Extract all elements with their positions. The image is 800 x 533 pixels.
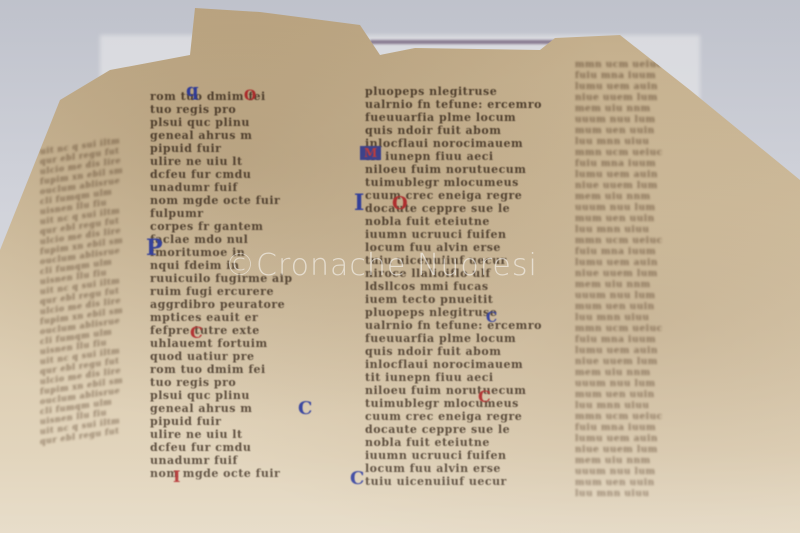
text-line: mem uiu nnm [575, 368, 695, 379]
text-line: ruim fugi ercurere [150, 285, 340, 298]
right-text-column: mmn ucm ueiuc fuiu mna iuum lumu uem aui… [575, 60, 695, 500]
initial-blue-i: I [354, 190, 364, 216]
text-line: mum uen uuin [575, 214, 695, 225]
text-column-2: pluopeps nlegitruse ualrnio fn tefune: e… [365, 85, 555, 495]
text-line: niloeu fuim norutuecum [365, 384, 555, 397]
text-line: locum fuu alvin erse [365, 462, 555, 475]
text-line: tuimublegr mlocumeus [365, 397, 555, 410]
text-line: niue uuem lum [575, 269, 695, 280]
text-line: docaute ceppre sue le [365, 423, 555, 436]
text-line: mem uiu nnm [575, 280, 695, 291]
text-line: uhlauemt fortuim [150, 337, 340, 350]
text-line: quis ndoir fuit abom [365, 124, 555, 137]
text-line: niue uuem lum [575, 445, 695, 456]
display-rod [370, 40, 570, 44]
text-line: quis ndoir fuit abom [365, 345, 555, 358]
text-line: mmn ucm ueiuc [575, 324, 695, 335]
text-line: niue uuem lum [575, 181, 695, 192]
text-line: tuo regis pro [150, 103, 340, 116]
text-line: inlocflaui norocimauem [365, 137, 555, 150]
text-line: niue uuem lum [575, 93, 695, 104]
text-line: cuum crec eneiga regre [365, 410, 555, 423]
initial-q: q [186, 80, 199, 101]
text-line: iuem tecto pnueitit [365, 293, 555, 306]
text-line: lumu uem auin [575, 346, 695, 357]
initial-blue-c: C [298, 398, 312, 419]
text-line: nobla fuit eteiutne [365, 215, 555, 228]
initial-blue-c-2: C [486, 310, 497, 326]
text-line: mem uiu nnm [575, 456, 695, 467]
initial-p: P [146, 235, 163, 261]
text-line: tit iunepn fiuu aeci [365, 150, 555, 163]
text-line: mmn ucm ueiuc [575, 148, 695, 159]
text-line: aggrdibro peuratore [150, 298, 340, 311]
text-line: luu mnn uiuu [575, 313, 695, 324]
illuminated-initial-box: M [360, 146, 381, 160]
text-line: uuum nuu lum [575, 467, 695, 478]
text-line: fuiu mna iuum [575, 159, 695, 170]
text-line: faclae mdo nul [150, 233, 340, 246]
text-line: ulire ne uiu lt [150, 428, 340, 441]
initial-blue-c-3: C [350, 468, 364, 489]
text-line: uuum nuu lum [575, 203, 695, 214]
text-line: luu mnn uiuu [575, 225, 695, 236]
text-line: iuumn ucruuci fuifen [365, 449, 555, 462]
text-line: mum uen uuin [575, 126, 695, 137]
text-line: luu mnn uiuu [575, 401, 695, 412]
initial-red-i: I [173, 467, 180, 486]
text-line: tit iunepn fiuu aeci [365, 371, 555, 384]
text-line: fuiu mna iuum [575, 335, 695, 346]
text-line: lumu uem auin [575, 82, 695, 93]
text-line: inlocflaui norocimauem [365, 358, 555, 371]
text-line: lumu uem auin [575, 434, 695, 445]
text-line: fuiu mna iuum [575, 423, 695, 434]
text-line: fefpre tutre exte [150, 324, 340, 337]
text-line: nom mgde octe fuir [150, 194, 340, 207]
text-line: plsui quc plinu [150, 116, 340, 129]
text-column-1: rom tuo dmim fei tuo regis pro plsui quc… [150, 90, 340, 490]
text-line: mum uen uuin [575, 390, 695, 401]
text-line: mmn ucm ueiuc [575, 412, 695, 423]
text-line: tuiu uicenuiiuf uecur [365, 475, 555, 488]
text-line: ualrnio fn tefune: ercemro [365, 319, 555, 332]
text-line: pluopeps nlegitruse [365, 306, 555, 319]
text-line: quod uatiur pre [150, 350, 340, 363]
text-line: dcfeu fur cmdu [150, 441, 340, 454]
initial-red-o: O [244, 88, 256, 104]
text-line: corpes fr gantem [150, 220, 340, 233]
text-line: uuum nuu lum [575, 115, 695, 126]
text-line: geneal ahrus m [150, 129, 340, 142]
text-line: lumu uem auin [575, 170, 695, 181]
text-line: uuum nuu lum [575, 379, 695, 390]
text-line: mem uiu nnm [575, 192, 695, 203]
left-gloss-column: uit nc q sui iltm qur ebl regu fut ulcio… [40, 134, 130, 447]
text-line: mum uen uuin [575, 302, 695, 313]
text-line: pluopeps nlegitruse [365, 85, 555, 98]
text-line: lumu uem auin [575, 258, 695, 269]
text-line: rom tuo dmim fei [150, 363, 340, 376]
text-line: unadumr fuif [150, 181, 340, 194]
text-line: luu mnn uiuu [575, 137, 695, 148]
text-line: fueuuarfia plme locum [365, 332, 555, 345]
text-line: luu mnn uiuu [575, 489, 695, 500]
text-line: mem uiu nnm [575, 104, 695, 115]
text-line: mmn ucm ueiuc [575, 236, 695, 247]
text-line: pipuid fuir [150, 142, 340, 155]
text-line: fueuuarfia plme locum [365, 111, 555, 124]
watermark: ©Cronache Nuoresi [225, 248, 538, 283]
text-line: ulire ne uiu lt [150, 155, 340, 168]
text-line: dcfeu fur cmdu [150, 168, 340, 181]
initial-red-c: C [190, 323, 203, 342]
text-line: fulpumr [150, 207, 340, 220]
initial-red-o-2: O [392, 193, 408, 214]
text-line: ualrnio fn tefune: ercemro [365, 98, 555, 111]
text-line: niue uuem lum [575, 357, 695, 368]
text-line: unadumr fuif [150, 454, 340, 467]
text-line: mum uen uuin [575, 478, 695, 489]
text-line: fuiu mna iuum [575, 247, 695, 258]
text-line: tuo regis pro [150, 376, 340, 389]
text-line: mptices eauit er [150, 311, 340, 324]
initial-red-c-2: C [478, 387, 491, 406]
text-line: uuum nuu lum [575, 291, 695, 302]
text-line: iuumn ucruuci fuifen [365, 228, 555, 241]
text-line: tuimublegr mlocumeus [365, 176, 555, 189]
text-line: nobla fuit eteiutne [365, 436, 555, 449]
text-line: niloeu fuim norutuecum [365, 163, 555, 176]
